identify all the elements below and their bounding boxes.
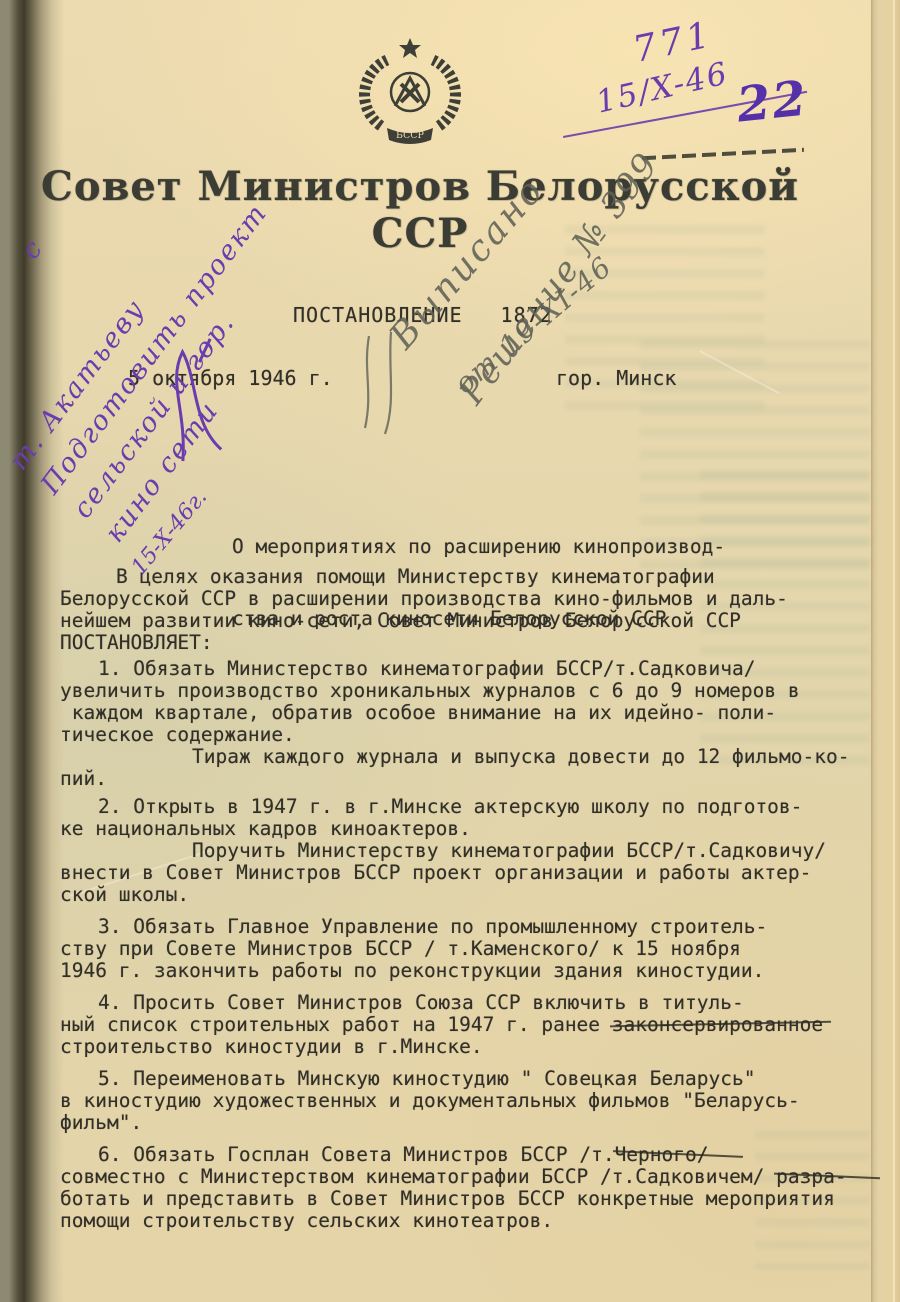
paragraph-item-2: 2. Открыть в 1947 г. в г.Минске актерску… bbox=[60, 796, 860, 840]
doc-line: 2. Открыть в 1947 г. в г.Минске актерску… bbox=[60, 796, 860, 818]
paragraph-item-5: 5. Переименовать Минскую киностудию " Со… bbox=[60, 1068, 860, 1134]
paragraph-item-1: 1. Обязать Министерство кинематографии Б… bbox=[60, 658, 860, 746]
doc-line: Тираж каждого журнала и выпуска довести … bbox=[60, 746, 860, 768]
title-line: О мероприятиях по расширению кинопроизво… bbox=[232, 536, 725, 558]
doc-line: помощи строительству сельских кинотеатро… bbox=[60, 1210, 860, 1232]
page-edge-right bbox=[871, 0, 900, 1302]
doc-line: совместно с Министерством кинематографии… bbox=[60, 1166, 860, 1188]
emblem-label: БССР bbox=[396, 130, 425, 141]
doc-line: ству при Совете Министров БССР / т.Камен… bbox=[60, 938, 860, 960]
doc-line: ке национальных кадров киноактеров. bbox=[60, 818, 860, 840]
doc-line-segment: ный список строительных работ на 1947 г.… bbox=[60, 1013, 612, 1036]
organization-name: Совет Министров Белорусской ССР bbox=[40, 163, 800, 257]
struck-text: разра- bbox=[776, 1165, 846, 1188]
paper-scratch bbox=[699, 350, 779, 394]
scanned-document-page: БССР Совет Министров Белорусской ССР ПОС… bbox=[0, 0, 900, 1302]
doc-line: в киностудию художественных и документал… bbox=[60, 1090, 860, 1112]
ink-dash-line bbox=[642, 148, 804, 160]
state-emblem-icon: БССР bbox=[357, 36, 463, 146]
paragraph-item-2-note: Поручить Министерству кинематографии БСС… bbox=[60, 840, 860, 906]
doc-line: 1. Обязать Министерство кинематографии Б… bbox=[60, 658, 860, 680]
doc-line: Поручить Министерству кинематографии БСС… bbox=[60, 840, 860, 862]
doc-line-segment: 6. Обязать Госплан Совета Министров БССР… bbox=[98, 1143, 615, 1166]
doc-line: 5. Переименовать Минскую киностудию " Со… bbox=[60, 1068, 860, 1090]
doc-line: Белорусской ССР в расширении производств… bbox=[60, 588, 860, 610]
paragraph-item-4: 4. Просить Совет Министров Союза ССР вкл… bbox=[60, 992, 860, 1058]
document-city: гор. Минск bbox=[556, 366, 676, 390]
document-body: В целях оказания помощи Министерству кин… bbox=[60, 566, 860, 1232]
page-edge-crease bbox=[893, 0, 895, 1302]
doc-line: фильм". bbox=[60, 1112, 860, 1134]
doc-line: тическое содержание. bbox=[60, 724, 860, 746]
doc-line: 6. Обязать Госплан Совета Министров БССР… bbox=[60, 1144, 860, 1166]
doc-line: ботать и представить в Совет Министров Б… bbox=[60, 1188, 860, 1210]
paragraph-item-3: 3. Обязать Главное Управление по промышл… bbox=[60, 916, 860, 982]
doc-line: каждом квартале, обратив особое внимание… bbox=[60, 702, 860, 724]
paragraph-preamble: В целях оказания помощи Министерству кин… bbox=[60, 566, 860, 654]
doc-line: нейшем развитии кино-сети, Совет Министр… bbox=[60, 610, 860, 632]
doc-line: увеличить производство хроникальных журн… bbox=[60, 680, 860, 702]
doc-line: 4. Просить Совет Министров Союза ССР вкл… bbox=[60, 992, 860, 1014]
pencil-signature-scribble bbox=[355, 330, 425, 440]
paragraph-item-6: 6. Обязать Госплан Совета Министров БССР… bbox=[60, 1144, 860, 1232]
doc-line: 3. Обязать Главное Управление по промышл… bbox=[60, 916, 860, 938]
doc-line: В целях оказания помощи Министерству кин… bbox=[60, 566, 860, 588]
doc-line: ПОСТАНОВЛЯЕТ: bbox=[60, 632, 860, 654]
struck-text: Черного/ bbox=[615, 1143, 709, 1166]
doc-line: внести в Совет Министров БССР проект орг… bbox=[60, 862, 860, 884]
doc-line: пий. bbox=[60, 768, 860, 790]
doc-line: ской школы. bbox=[60, 884, 860, 906]
doc-line-segment: совместно с Министерством кинематографии… bbox=[60, 1165, 776, 1188]
doc-line: 1946 г. закончить работы по реконструкци… bbox=[60, 960, 860, 982]
doc-line: ный список строительных работ на 1947 г.… bbox=[60, 1014, 860, 1036]
paragraph-item-1-note: Тираж каждого журнала и выпуска довести … bbox=[60, 746, 860, 790]
struck-text: законсервированное bbox=[612, 1013, 823, 1036]
handwritten-page-number: 22 bbox=[734, 70, 810, 133]
doc-line: строительство киностудии в г.Минске. bbox=[60, 1036, 860, 1058]
